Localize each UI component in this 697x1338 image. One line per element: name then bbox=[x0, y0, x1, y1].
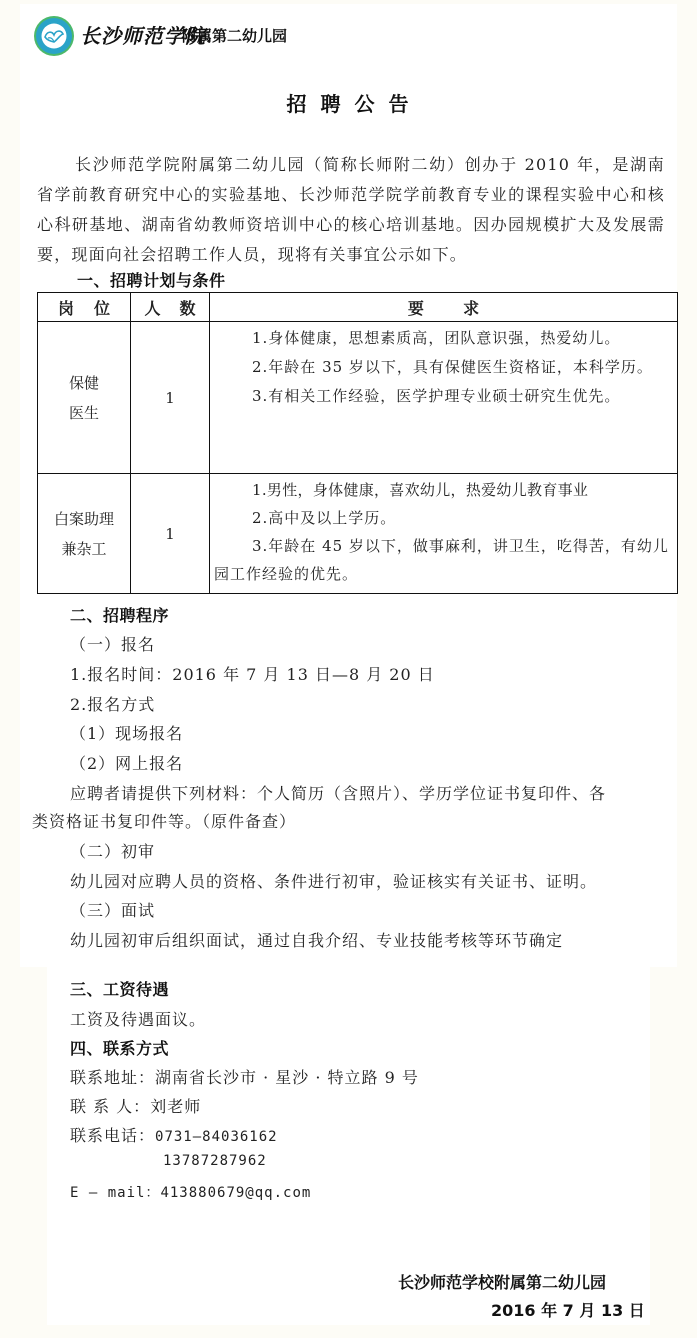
contact-person: 联 系 人：刘老师 bbox=[70, 1094, 201, 1117]
school-emblem-icon bbox=[33, 15, 75, 57]
section-heading-procedure: 二、招聘程序 bbox=[70, 603, 169, 626]
procedure-step-2: （二）初审 bbox=[70, 839, 155, 862]
contact-phone: 联系电话：0731—84036162 bbox=[70, 1123, 278, 1146]
salary-text: 工资及待遇面议。 bbox=[70, 1007, 206, 1030]
procedure-step-3: （三）面试 bbox=[70, 898, 155, 921]
table-row: 白案助理 兼杂工 1 1.男性，身体健康，喜欢幼儿，热爱幼儿教育事业 2.高中及… bbox=[38, 474, 678, 594]
cell-position: 白案助理 兼杂工 bbox=[38, 474, 131, 594]
contact-address: 联系地址：湖南省长沙市 · 星沙 · 特立路 9 号 bbox=[70, 1065, 419, 1088]
section-heading-salary: 三、工资待遇 bbox=[70, 977, 169, 1000]
table-row: 保健 医生 1 1.身体健康，思想素质高，团队意识强，热爱幼儿。 2.年龄在 3… bbox=[38, 322, 678, 474]
recruitment-table: 岗 位 人 数 要 求 保健 医生 1 1.身体健康，思想素质高，团队意识强，热… bbox=[37, 292, 678, 594]
section-heading-contact: 四、联系方式 bbox=[70, 1036, 169, 1059]
cell-count: 1 bbox=[131, 474, 210, 594]
materials-text: 应聘者请提供下列材料：个人简历（含照片）、学历学位证书复印件、各 bbox=[70, 781, 606, 804]
header-requirements: 要 求 bbox=[210, 293, 678, 322]
screening-text: 幼儿园对应聘人员的资格、条件进行初审，验证核实有关证书、证明。 bbox=[70, 869, 597, 892]
cell-count: 1 bbox=[131, 322, 210, 474]
procedure-step-1: （一）报名 bbox=[70, 632, 155, 655]
contact-phone-mobile: 13787287962 bbox=[163, 1153, 267, 1169]
interview-text: 幼儿园初审后组织面试，通过自我介绍、专业技能考核等环节确定 bbox=[70, 928, 563, 951]
cell-requirements: 1.男性，身体健康，喜欢幼儿，热爱幼儿教育事业 2.高中及以上学历。 3.年龄在… bbox=[210, 474, 678, 594]
registration-time: 1.报名时间：2016 年 7 月 13 日—8 月 20 日 bbox=[70, 662, 435, 685]
intro-paragraph: 长沙师范学院附属第二幼儿园（简称长师附二幼）创办于 2010 年，是湖南省学前教… bbox=[37, 150, 665, 270]
section-heading-plan: 一、招聘计划与条件 bbox=[77, 268, 226, 291]
contact-email: E – mail：413880679@qq.com bbox=[70, 1182, 311, 1202]
signature-org: 长沙师范学校附属第二幼儿园 bbox=[398, 1270, 606, 1293]
registration-method-online: （2）网上报名 bbox=[70, 751, 183, 774]
page-title: 招聘公告 bbox=[0, 88, 697, 117]
registration-method: 2.报名方式 bbox=[70, 692, 155, 715]
materials-text-cont: 类资格证书复印件等。（原件备查） bbox=[32, 809, 296, 832]
header-position: 岗 位 bbox=[38, 293, 131, 322]
signature-date: 2016 年 7 月 13 日 bbox=[491, 1298, 645, 1321]
registration-method-onsite: （1）现场报名 bbox=[70, 721, 183, 744]
table-header-row: 岗 位 人 数 要 求 bbox=[38, 293, 678, 322]
header-count: 人 数 bbox=[131, 293, 210, 322]
cell-position: 保健 医生 bbox=[38, 322, 131, 474]
school-name-subtitle: 附属第二幼儿园 bbox=[182, 25, 287, 46]
cell-requirements: 1.身体健康，思想素质高，团队意识强，热爱幼儿。 2.年龄在 35 岁以下，具有… bbox=[210, 322, 678, 474]
